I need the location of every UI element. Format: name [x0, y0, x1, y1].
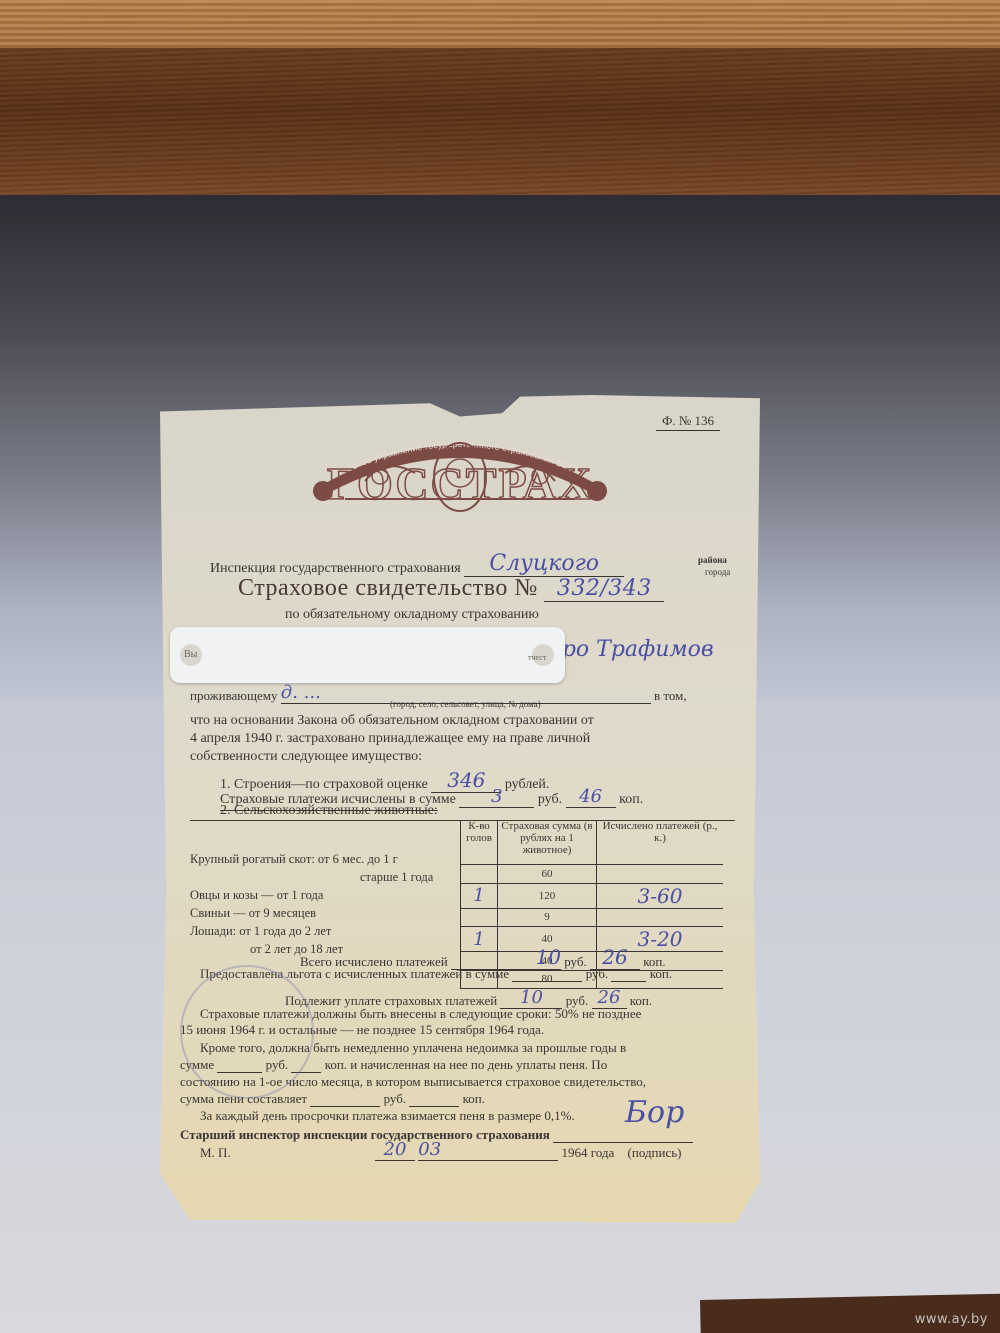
law-text-3: собственности следующее имущество:	[190, 749, 422, 765]
subtitle: по обязательному окладному страхованию	[285, 607, 539, 623]
year-label: 1964 года	[562, 1145, 615, 1160]
header-count: К-во голов	[461, 820, 498, 865]
page-title: Страховое свидетельство № 332/343	[238, 575, 664, 602]
penalty-kop	[409, 1106, 459, 1107]
penalty-note: За каждый день просрочки платежа взимает…	[200, 1108, 575, 1124]
title-text: Страховое свидетельство №	[238, 575, 538, 601]
row-label: старше 1 года	[190, 868, 433, 886]
inspection-label: Инспекция государственного страхования	[210, 561, 461, 576]
date-day: 20	[375, 1139, 415, 1161]
watermark: www.ay.by	[915, 1312, 988, 1327]
payment-cell	[597, 865, 724, 884]
table-row: 60	[461, 865, 724, 884]
payments-kop: 46	[566, 786, 616, 808]
row-label: Крупный рогатый скот: от 6 мес. до 1 г	[190, 850, 433, 868]
sum-cell: 60	[498, 865, 597, 884]
kop-label: коп.	[463, 1091, 485, 1106]
issued-to-label: Вы	[184, 649, 197, 660]
wooden-shelf-top	[0, 0, 1000, 48]
penalty-rub	[310, 1106, 380, 1107]
payment-cell: 3-60	[597, 883, 724, 908]
logo-text: ГОССТРАХ	[327, 457, 593, 510]
count-cell	[461, 865, 498, 884]
livestock-label: 2. Сельскохозяйственные животные:	[220, 803, 438, 819]
inspection-suffix-bottom: города	[705, 567, 730, 577]
payment-cell	[597, 908, 724, 927]
benefit-rub	[512, 981, 582, 982]
rub-label: руб.	[538, 792, 562, 807]
residing-hint: (город, село, сельсовет, улица, № дома)	[390, 699, 541, 709]
rub-label: руб.	[384, 1091, 407, 1106]
official-stamp	[180, 965, 314, 1099]
row-label: Овцы и козы — от 1 года	[190, 886, 433, 904]
date-month: 03	[418, 1139, 558, 1161]
livestock-row-labels: Крупный рогатый скот: от 6 мес. до 1 г с…	[190, 850, 433, 958]
count-cell	[461, 908, 498, 927]
kop-label: коп.	[619, 792, 643, 807]
signature: Бор	[625, 1095, 684, 1130]
benefit-kop	[611, 981, 646, 982]
certificate-number: 332/343	[544, 576, 664, 602]
header-sum: Страховая сумма (в рублях на 1 животное)	[498, 820, 597, 865]
table-row: 9	[461, 908, 724, 927]
inspection-value: Слуцкого	[464, 551, 624, 577]
kop-label: коп.	[650, 966, 672, 981]
date-line: 20 03 1964 года (подпись)	[375, 1139, 682, 1161]
residing-label: проживающему	[190, 688, 278, 703]
inspection-line: Инспекция государственного страхования С…	[210, 551, 624, 577]
payments-rub: 3	[459, 786, 534, 808]
redaction-tag: Вы тчест	[170, 627, 565, 683]
inspection-suffix-top: района	[698, 555, 727, 565]
row-label: Лошади: от 1 года до 2 лет	[190, 922, 433, 940]
law-text-1: что на основании Закона об обязательном …	[190, 713, 594, 729]
rub-label: руб.	[586, 966, 609, 981]
sum-cell: 120	[498, 883, 597, 908]
count-cell: 1	[461, 883, 498, 908]
insurance-certificate: Ф. № 136 Главное управление государствен…	[160, 395, 760, 1223]
form-number: Ф. № 136	[656, 413, 720, 431]
header-payment: Исчислено платежей (р., к.)	[597, 820, 724, 865]
law-text-2: 4 апреля 1940 г. застраховано принадлежа…	[190, 731, 590, 747]
residing-suffix: в том,	[654, 688, 687, 703]
sum-cell: 9	[498, 908, 597, 927]
arrears-text: коп. и начисленная на нее по день уплаты…	[325, 1057, 608, 1072]
patronymic-label: тчест	[528, 653, 546, 662]
sign-label: (подпись)	[628, 1145, 682, 1160]
stamp-label: М. П.	[200, 1145, 231, 1161]
row-label: Свиньи — от 9 месяцев	[190, 904, 433, 922]
table-row: 1 120 3-60	[461, 883, 724, 908]
